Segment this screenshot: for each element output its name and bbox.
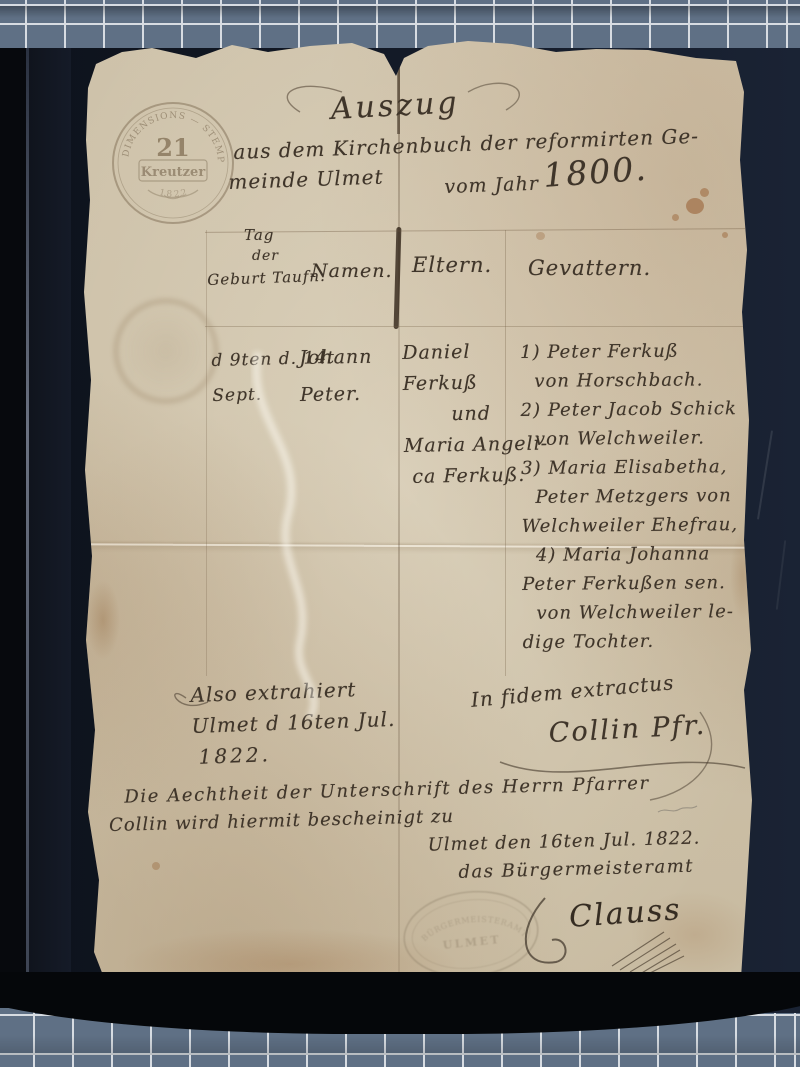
table-rule-header bbox=[205, 326, 745, 327]
handwritten-line: 2) Peter Jacob Schick bbox=[521, 394, 738, 425]
stamp-unit: Kreutzer bbox=[141, 165, 206, 180]
date-header-line: der bbox=[252, 248, 279, 264]
extraction-note: Also extrahiertUlmet d 16ten Jul.1822. bbox=[190, 673, 397, 773]
handwritten-line: von Horschbach. bbox=[534, 365, 737, 396]
paper-tear bbox=[394, 227, 402, 329]
handwritten-line: von Welchweiler. bbox=[535, 423, 738, 454]
handwritten-line: 4) Maria Johanna bbox=[536, 539, 739, 570]
album-binding-edge bbox=[0, 48, 26, 1008]
handwritten-line: 1) Peter Ferkuß bbox=[520, 336, 737, 367]
signature-hatching bbox=[612, 932, 684, 974]
godparents-cell: 1) Peter Ferkußvon Horschbach.2) Peter J… bbox=[520, 336, 739, 657]
handwritten-line: Welchweiler Ehefrau, bbox=[522, 510, 739, 541]
title-line3-start: meinde Ulmet bbox=[228, 165, 384, 194]
date-header-line: Tag bbox=[244, 226, 274, 244]
stamp-value: 21 bbox=[156, 133, 189, 162]
title-year: 1800. bbox=[542, 149, 649, 195]
album-binding-inner bbox=[29, 48, 71, 1008]
ink-flourish bbox=[468, 83, 519, 110]
handwritten-line: 3) Maria Elisabetha, bbox=[521, 452, 738, 483]
rust-spot bbox=[536, 232, 545, 240]
certification-block: Die Aechtheit der Unterschrift des Herrn… bbox=[108, 769, 701, 896]
title-line3-mid: vom Jahr bbox=[444, 173, 539, 198]
rust-spot bbox=[700, 188, 709, 197]
handwritten-line: Peter. bbox=[300, 376, 374, 414]
date-header-line: Geburt Taufn. bbox=[207, 267, 326, 289]
municipal-stamp-place: ULMET bbox=[442, 933, 502, 952]
archival-photo-scene: DIMENSIONS — STEMPEL 21 Kreutzer 1822 Au… bbox=[0, 0, 800, 1067]
attestation-line: In fidem extractus bbox=[470, 670, 675, 712]
handwritten-line: von Welchweiler le- bbox=[536, 597, 739, 628]
parents-header: Eltern. bbox=[412, 253, 492, 277]
table-rule-top bbox=[205, 228, 745, 233]
handwritten-line: Johann bbox=[299, 339, 373, 377]
pastor-signature: Collin Pfr. bbox=[548, 710, 707, 749]
handwritten-line: dige Tochter. bbox=[523, 626, 740, 657]
document-page: DIMENSIONS — STEMPEL 21 Kreutzer 1822 Au… bbox=[0, 0, 800, 1067]
handwritten-line: Peter Metzgers von bbox=[535, 481, 738, 512]
table-rule-left bbox=[206, 230, 207, 676]
rust-spot bbox=[672, 214, 679, 221]
handwritten-line: Peter Ferkußen sen. bbox=[522, 568, 739, 599]
title-word: Auszug bbox=[330, 85, 460, 127]
godparents-header: Gevattern. bbox=[528, 256, 651, 280]
name-header: Namen. bbox=[311, 260, 393, 282]
rust-spot bbox=[686, 198, 704, 214]
handwritten-line: 1822. bbox=[198, 735, 397, 773]
stain bbox=[86, 580, 120, 660]
name-cell: JohannPeter. bbox=[299, 339, 373, 414]
mayor-signature: Clauss bbox=[568, 892, 683, 935]
embossed-seal bbox=[113, 298, 219, 404]
rust-spot bbox=[722, 232, 728, 238]
revenue-stamp: DIMENSIONS — STEMPEL 21 Kreutzer 1822 bbox=[108, 98, 238, 228]
